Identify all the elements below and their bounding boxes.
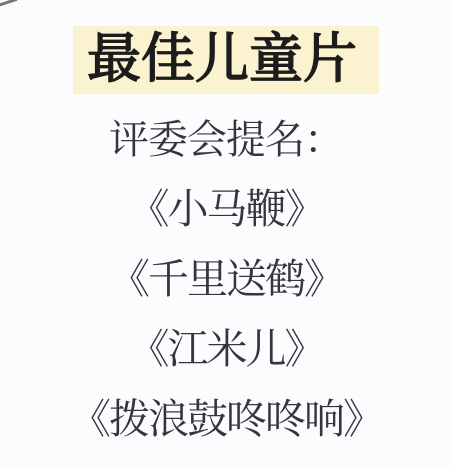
page-corner-fold-artifact [0, 0, 18, 7]
title-highlight-band: 最佳儿童片 [73, 26, 379, 94]
jury-nomination-label: 评委会提名： [109, 120, 343, 160]
nominee-film-title: 《小马鞭》 [129, 188, 324, 230]
announcement-page: 最佳儿童片 评委会提名： 《小马鞭》 《千里送鹤》 《江米儿》 《拨浪鼓咚咚响》 [0, 0, 452, 468]
nominee-film-title: 《千里送鹤》 [109, 258, 343, 300]
award-category-title: 最佳儿童片 [87, 30, 357, 88]
nominee-list: 《小马鞭》 《千里送鹤》 《江米儿》 《拨浪鼓咚咚响》 [70, 160, 382, 440]
nominee-film-title: 《江米儿》 [129, 328, 324, 370]
title-section: 最佳儿童片 [73, 26, 379, 94]
nominee-film-title: 《拨浪鼓咚咚响》 [70, 398, 382, 440]
